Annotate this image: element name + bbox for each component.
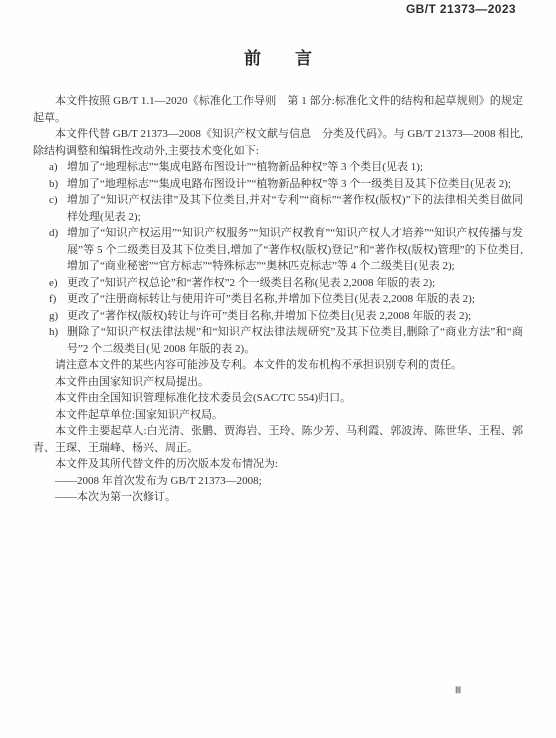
history-item: ——2008 年首次发布为 GB/T 21373—2008;	[33, 473, 523, 490]
document-page: GB/T 21373—2023 前 言 本文件按照 GB/T 1.1—2020《…	[0, 0, 556, 738]
paragraph-basis: 本文件按照 GB/T 1.1—2020《标准化工作导则 第 1 部分:标准化文件…	[33, 93, 523, 126]
changes-list: a) 增加了“地理标志”“集成电路布图设计”“植物新品种权”等 3 个类目(见表…	[33, 159, 523, 357]
change-label: e)	[49, 275, 67, 292]
change-label: g)	[49, 308, 67, 325]
change-label: b)	[49, 176, 67, 193]
history-item: ——本次为第一次修订。	[33, 489, 523, 506]
paragraph-patent-note: 请注意本文件的某些内容可能涉及专利。本文件的发布机构不承担识别专利的责任。	[33, 357, 523, 374]
change-label: d)	[49, 225, 67, 275]
change-item: d) 增加了“知识产权运用”“知识产权服务”“知识产权教育”“知识产权人才培养”…	[33, 225, 523, 275]
paragraph-proposed-by: 本文件由国家知识产权局提出。	[33, 374, 523, 391]
change-text: 增加了“地理标志”“集成电路布图设计”“植物新品种权”等 3 个类目(见表 1)…	[67, 159, 523, 176]
paragraph-drafting-org: 本文件起草单位:国家知识产权局。	[33, 407, 523, 424]
change-item: a) 增加了“地理标志”“集成电路布图设计”“植物新品种权”等 3 个类目(见表…	[33, 159, 523, 176]
standard-code: GB/T 21373—2023	[406, 2, 516, 16]
change-label: c)	[49, 192, 67, 225]
paragraph-history-intro: 本文件及其所代替文件的历次版本发布情况为:	[33, 456, 523, 473]
change-text: 更改了“知识产权总论”和“著作权”2 个一级类目名称(见表 2,2008 年版的…	[67, 275, 523, 292]
change-text: 增加了“知识产权运用”“知识产权服务”“知识产权教育”“知识产权人才培养”“知识…	[67, 225, 523, 275]
change-item: e) 更改了“知识产权总论”和“著作权”2 个一级类目名称(见表 2,2008 …	[33, 275, 523, 292]
page-header: GB/T 21373—2023	[406, 2, 516, 16]
change-item: b) 增加了“地理标志”“集成电路布图设计”“植物新品种权”等 3 个一级类目及…	[33, 176, 523, 193]
change-item: c) 增加了“知识产权法律”及其下位类目,并对“专利”“商标”“著作权(版权)”…	[33, 192, 523, 225]
change-text: 增加了“知识产权法律”及其下位类目,并对“专利”“商标”“著作权(版权)”下的法…	[67, 192, 523, 225]
change-label: a)	[49, 159, 67, 176]
change-text: 更改了“著作权(版权)转让与许可”类目名称,并增加下位类目(见表 2,2008 …	[67, 308, 523, 325]
paragraph-drafters: 本文件主要起草人:白光清、张鹏、贾海岩、王玲、陈少芳、马利霞、郭波涛、陈世华、王…	[33, 423, 523, 456]
change-text: 删除了“知识产权法律法规”和“知识产权法律法规研究”及其下位类目,删除了“商业方…	[67, 324, 523, 357]
paragraph-replaces: 本文件代替 GB/T 21373—2008《知识产权文献与信息 分类及代码》。与…	[33, 126, 523, 159]
foreword-body: 本文件按照 GB/T 1.1—2020《标准化工作导则 第 1 部分:标准化文件…	[33, 93, 523, 506]
paragraph-committee: 本文件由全国知识管理标准化技术委员会(SAC/TC 554)归口。	[33, 390, 523, 407]
change-label: h)	[49, 324, 67, 357]
change-label: f)	[49, 291, 67, 308]
change-text: 更改了“注册商标转让与使用许可”类目名称,并增加下位类目(见表 2,2008 年…	[67, 291, 523, 308]
change-text: 增加了“地理标志”“集成电路布图设计”“植物新品种权”等 3 个一级类目及其下位…	[67, 176, 523, 193]
page-number: Ⅲ	[455, 685, 461, 696]
change-item: h) 删除了“知识产权法律法规”和“知识产权法律法规研究”及其下位类目,删除了“…	[33, 324, 523, 357]
change-item: f) 更改了“注册商标转让与使用许可”类目名称,并增加下位类目(见表 2,200…	[33, 291, 523, 308]
change-item: g) 更改了“著作权(版权)转让与许可”类目名称,并增加下位类目(见表 2,20…	[33, 308, 523, 325]
